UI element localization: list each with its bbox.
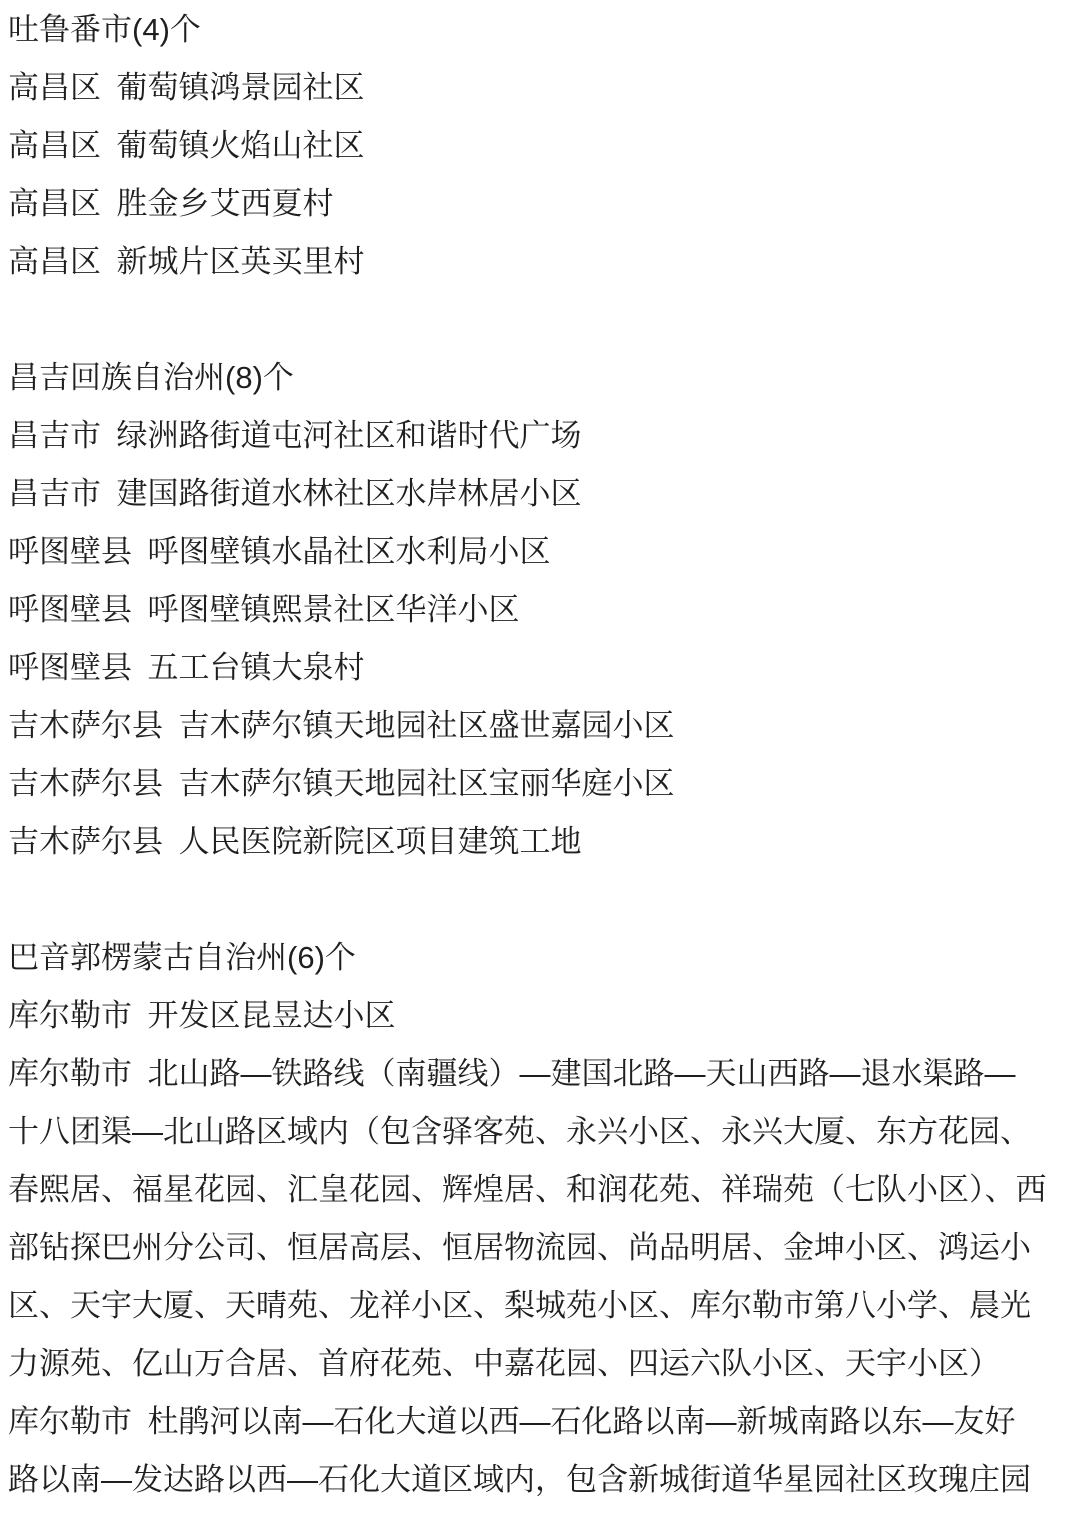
- section-changji: 昌吉回族自治州(8)个 昌吉市 绿洲路街道屯河社区和谐时代广场 昌吉市 建国路街…: [8, 349, 1072, 871]
- entry-line-continuation: 春熙居、福星花园、汇皇花园、辉煌居、和润花苑、祥瑞苑（七队小区）、西: [8, 1161, 1072, 1219]
- entry-line-continuation: 路以南—发达路以西—石化大道区域内，包含新城街道华星园社区玫瑰庄园: [8, 1451, 1072, 1509]
- entry-line-continuation: 十八团渠—北山路区域内（包含驿客苑、永兴小区、永兴大厦、东方花园、: [8, 1103, 1072, 1161]
- entry-line-continuation: 区、天宇大厦、天晴苑、龙祥小区、梨城苑小区、库尔勒市第八小学、晨光: [8, 1277, 1072, 1335]
- entry-line: 呼图壁县 呼图壁镇熙景社区华洋小区: [8, 581, 1072, 639]
- entry-line: 吉木萨尔县 人民医院新院区项目建筑工地: [8, 813, 1072, 871]
- entry-line: 高昌区 葡萄镇鸿景园社区: [8, 59, 1072, 117]
- section-bayingolin: 巴音郭楞蒙古自治州(6)个 库尔勒市 开发区昆昱达小区 库尔勒市 北山路—铁路线…: [8, 929, 1072, 1509]
- entry-line-continuation: 力源苑、亿山万合居、首府花苑、中嘉花园、四运六队小区、天宇小区）: [8, 1335, 1072, 1393]
- section-turpan: 吐鲁番市(4)个 高昌区 葡萄镇鸿景园社区 高昌区 葡萄镇火焰山社区 高昌区 胜…: [8, 1, 1072, 291]
- entry-line: 库尔勒市 杜鹃河以南—石化大道以西—石化路以南—新城南路以东—友好: [8, 1393, 1072, 1451]
- entry-line: 高昌区 胜金乡艾西夏村: [8, 175, 1072, 233]
- entry-line: 呼图壁县 呼图壁镇水晶社区水利局小区: [8, 523, 1072, 581]
- section-heading: 巴音郭楞蒙古自治州(6)个: [8, 929, 1072, 987]
- risk-area-list-document: 吐鲁番市(4)个 高昌区 葡萄镇鸿景园社区 高昌区 葡萄镇火焰山社区 高昌区 胜…: [0, 0, 1080, 1509]
- entry-line: 库尔勒市 开发区昆昱达小区: [8, 987, 1072, 1045]
- entry-line: 昌吉市 建国路街道水林社区水岸林居小区: [8, 465, 1072, 523]
- section-heading: 昌吉回族自治州(8)个: [8, 349, 1072, 407]
- entry-line: 呼图壁县 五工台镇大泉村: [8, 639, 1072, 697]
- entry-line: 吉木萨尔县 吉木萨尔镇天地园社区盛世嘉园小区: [8, 697, 1072, 755]
- entry-line: 吉木萨尔县 吉木萨尔镇天地园社区宝丽华庭小区: [8, 755, 1072, 813]
- entry-line: 高昌区 葡萄镇火焰山社区: [8, 117, 1072, 175]
- section-heading: 吐鲁番市(4)个: [8, 1, 1072, 59]
- entry-line-continuation: 部钻探巴州分公司、恒居高层、恒居物流园、尚品明居、金坤小区、鸿运小: [8, 1219, 1072, 1277]
- entry-line: 高昌区 新城片区英买里村: [8, 233, 1072, 291]
- entry-line: 昌吉市 绿洲路街道屯河社区和谐时代广场: [8, 407, 1072, 465]
- entry-line: 库尔勒市 北山路—铁路线（南疆线）—建国北路—天山西路—退水渠路—: [8, 1045, 1072, 1103]
